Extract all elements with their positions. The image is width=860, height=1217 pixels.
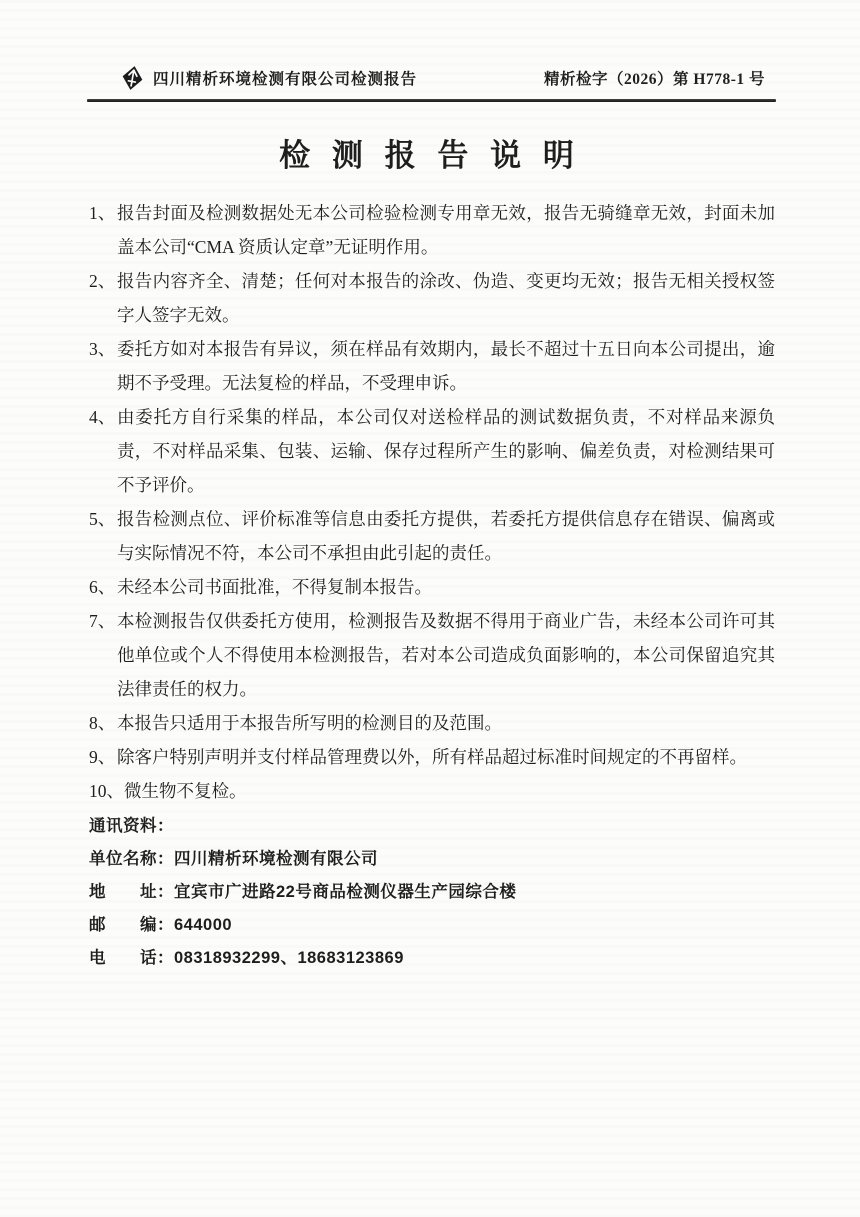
header-divider-line [87,99,776,102]
note-text: 报告内容齐全、清楚；任何对本报告的涂改、伪造、变更均无效；报告无相关授权签字人签… [117,264,775,332]
contact-value: 宜宾市广进路22号商品检测仪器生产园综合楼 [174,876,775,909]
company-logo-icon [121,65,144,91]
note-item-8: 8、 本报告只适用于本报告所写明的检测目的及范围。 [89,706,775,740]
note-text: 本报告只适用于本报告所写明的检测目的及范围。 [117,706,775,740]
note-item-5: 5、 报告检测点位、评价标准等信息由委托方提供，若委托方提供信息存在错误、偏离或… [89,502,775,570]
note-text: 委托方如对本报告有异议，须在样品有效期内，最长不超过十五日向本公司提出，逾期不予… [117,332,775,400]
note-text: 微生物不复检。 [124,774,775,808]
note-number: 4、 [89,400,117,502]
note-number: 5、 [89,502,117,570]
note-number: 1、 [89,196,117,264]
header-company-report-title: 四川精析环境检测有限公司检测报告 [153,67,417,89]
note-item-4: 4、 由委托方自行采集的样品，本公司仅对送检样品的测试数据负责，不对样品来源负责… [89,400,775,502]
note-text: 除客户特别声明并支付样品管理费以外，所有样品超过标准时间规定的不再留样。 [117,740,775,774]
note-number: 8、 [89,706,117,740]
note-number: 6、 [89,570,117,604]
page-header: 四川精析环境检测有限公司检测报告 精析检字（2026）第 H778-1 号 [121,63,765,93]
note-text: 报告封面及检测数据处无本公司检验检测专用章无效，报告无骑缝章无效，封面未加盖本公… [117,196,775,264]
note-number: 10、 [89,774,124,808]
note-item-6: 6、 未经本公司书面批准，不得复制本报告。 [89,570,775,604]
contact-value: 四川精析环境检测有限公司 [174,843,775,876]
notes-list: 1、 报告封面及检测数据处无本公司检验检测专用章无效，报告无骑缝章无效，封面未加… [89,196,775,808]
note-number: 9、 [89,740,117,774]
note-item-9: 9、 除客户特别声明并支付样品管理费以外，所有样品超过标准时间规定的不再留样。 [89,740,775,774]
contact-heading: 通讯资料： [89,810,775,843]
note-number: 3、 [89,332,117,400]
note-number: 2、 [89,264,117,332]
contact-row-postcode: 邮 编： 644000 [89,909,775,942]
note-item-3: 3、 委托方如对本报告有异议，须在样品有效期内，最长不超过十五日向本公司提出，逾… [89,332,775,400]
note-item-1: 1、 报告封面及检测数据处无本公司检验检测专用章无效，报告无骑缝章无效，封面未加… [89,196,775,264]
contact-label: 地 址： [89,876,174,909]
note-text: 本检测报告仅供委托方使用，检测报告及数据不得用于商业广告，未经本公司许可其他单位… [117,604,775,706]
report-notes-page: 四川精析环境检测有限公司检测报告 精析检字（2026）第 H778-1 号 检 … [0,0,860,1217]
note-text: 报告检测点位、评价标准等信息由委托方提供，若委托方提供信息存在错误、偏离或与实际… [117,502,775,570]
contact-row-phone: 电 话： 08318932299、18683123869 [89,942,775,975]
contact-label: 电 话： [89,942,174,975]
page-title: 检 测 报 告 说 明 [0,138,860,174]
contact-info-section: 通讯资料： 单位名称： 四川精析环境检测有限公司 地 址： 宜宾市广进路22号商… [89,810,775,975]
contact-row-company: 单位名称： 四川精析环境检测有限公司 [89,843,775,876]
contact-label: 单位名称： [89,843,174,876]
note-text: 未经本公司书面批准，不得复制本报告。 [117,570,775,604]
report-number: 精析检字（2026）第 H778-1 号 [544,67,765,89]
note-item-7: 7、 本检测报告仅供委托方使用，检测报告及数据不得用于商业广告，未经本公司许可其… [89,604,775,706]
note-item-10: 10、 微生物不复检。 [89,774,775,808]
note-item-2: 2、 报告内容齐全、清楚；任何对本报告的涂改、伪造、变更均无效；报告无相关授权签… [89,264,775,332]
header-left: 四川精析环境检测有限公司检测报告 [121,65,417,91]
contact-row-address: 地 址： 宜宾市广进路22号商品检测仪器生产园综合楼 [89,876,775,909]
contact-value: 08318932299、18683123869 [174,942,775,975]
contact-label: 邮 编： [89,909,174,942]
note-number: 7、 [89,604,117,706]
contact-value: 644000 [174,909,775,942]
note-text: 由委托方自行采集的样品，本公司仅对送检样品的测试数据负责，不对样品来源负责，不对… [117,400,775,502]
